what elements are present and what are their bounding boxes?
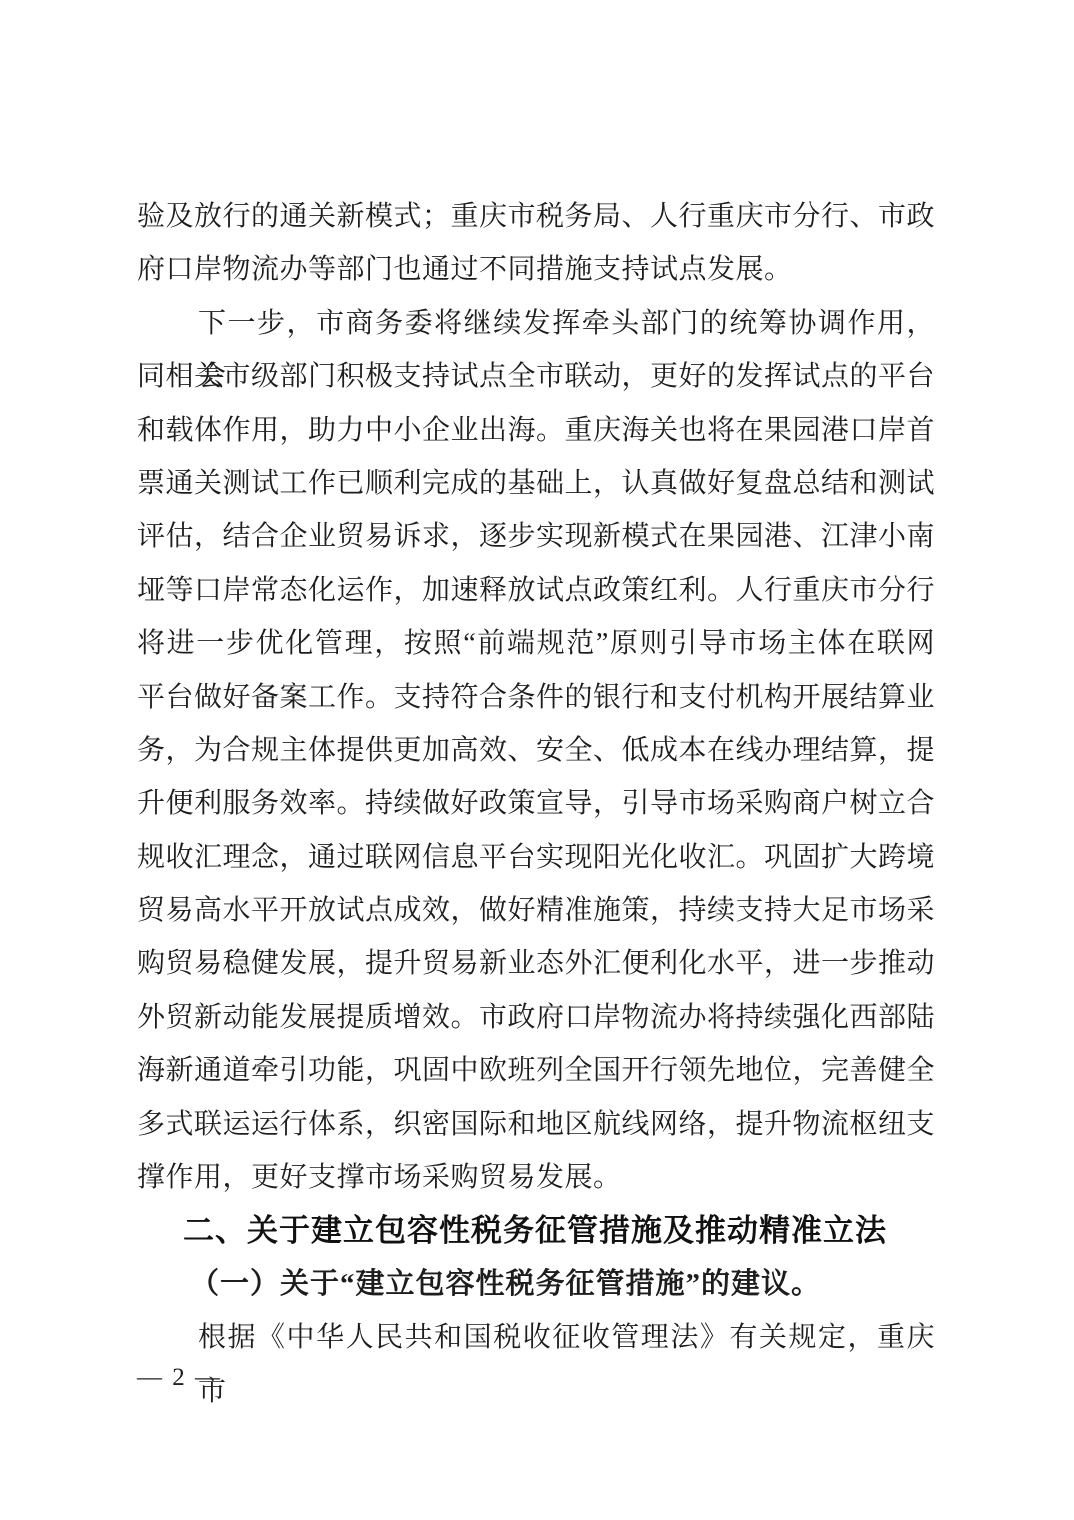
text-line: 平台做好备案工作。支持符合条件的银行和支付机构开展结算业 xyxy=(137,671,935,724)
text-line: 验及放行的通关新模式；重庆市税务局、人行重庆市分行、市政 xyxy=(137,190,935,243)
text-line: 务，为合规主体提供更加高效、安全、低成本在线办理结算，提 xyxy=(137,724,935,777)
paragraph: 验及放行的通关新模式；重庆市税务局、人行重庆市分行、市政府口岸物流办等部门也通过… xyxy=(137,190,935,297)
document-body: 验及放行的通关新模式；重庆市税务局、人行重庆市分行、市政府口岸物流办等部门也通过… xyxy=(137,190,935,1365)
subsection-heading: （一）关于“建立包容性税务征管措施”的建议。 xyxy=(137,1258,935,1311)
text-line: 二、关于建立包容性税务征管措施及推动精准立法 xyxy=(183,1204,935,1257)
text-line: 府口岸物流办等部门也通过不同措施支持试点发展。 xyxy=(137,243,935,296)
text-line: 票通关测试工作已顺利完成的基础上，认真做好复盘总结和测试 xyxy=(137,457,935,510)
paragraph: 根据《中华人民共和国税收征收管理法》有关规定，重庆市 xyxy=(137,1311,935,1364)
document-page: 验及放行的通关新模式；重庆市税务局、人行重庆市分行、市政府口岸物流办等部门也通过… xyxy=(0,0,1074,1520)
paragraph: 下一步，市商务委将继续发挥牵头部门的统筹协调作用，会同相关市级部门积极支持试点全… xyxy=(137,297,935,1205)
text-line: 规收汇理念，通过联网信息平台实现阳光化收汇。巩固扩大跨境 xyxy=(137,831,935,884)
text-line: 贸易高水平开放试点成效，做好精准施策，持续支持大足市场采 xyxy=(137,884,935,937)
text-line: 根据《中华人民共和国税收征收管理法》有关规定，重庆市 xyxy=(137,1311,935,1364)
text-line: 下一步，市商务委将继续发挥牵头部门的统筹协调作用，会 xyxy=(137,297,935,350)
text-line: 同相关市级部门积极支持试点全市联动，更好的发挥试点的平台 xyxy=(137,350,935,403)
text-line: 和载体作用，助力中小企业出海。重庆海关也将在果园港口岸首 xyxy=(137,404,935,457)
text-line: 海新通道牵引功能，巩固中欧班列全国开行领先地位，完善健全 xyxy=(137,1044,935,1097)
text-line: 垭等口岸常态化运作，加速释放试点政策红利。人行重庆市分行 xyxy=(137,564,935,617)
text-line: 外贸新动能发展提质增效。市政府口岸物流办将持续强化西部陆 xyxy=(137,991,935,1044)
text-line: 购贸易稳健发展，提升贸易新业态外汇便利化水平，进一步推动 xyxy=(137,937,935,990)
section-heading: 二、关于建立包容性税务征管措施及推动精准立法 xyxy=(137,1204,935,1257)
text-line: 将进一步优化管理，按照“前端规范”原则引导市场主体在联网 xyxy=(137,617,935,670)
text-line: 升便利服务效率。持续做好政策宣导，引导市场采购商户树立合 xyxy=(137,777,935,830)
text-line: 评估，结合企业贸易诉求，逐步实现新模式在果园港、江津小南 xyxy=(137,510,935,563)
text-line: 多式联运运行体系，织密国际和地区航线网络，提升物流枢纽支 xyxy=(137,1098,935,1151)
page-number: — 2 — xyxy=(137,1360,222,1396)
text-line: （一）关于“建立包容性税务征管措施”的建议。 xyxy=(190,1258,935,1311)
text-line: 撑作用，更好支撑市场采购贸易发展。 xyxy=(137,1151,935,1204)
